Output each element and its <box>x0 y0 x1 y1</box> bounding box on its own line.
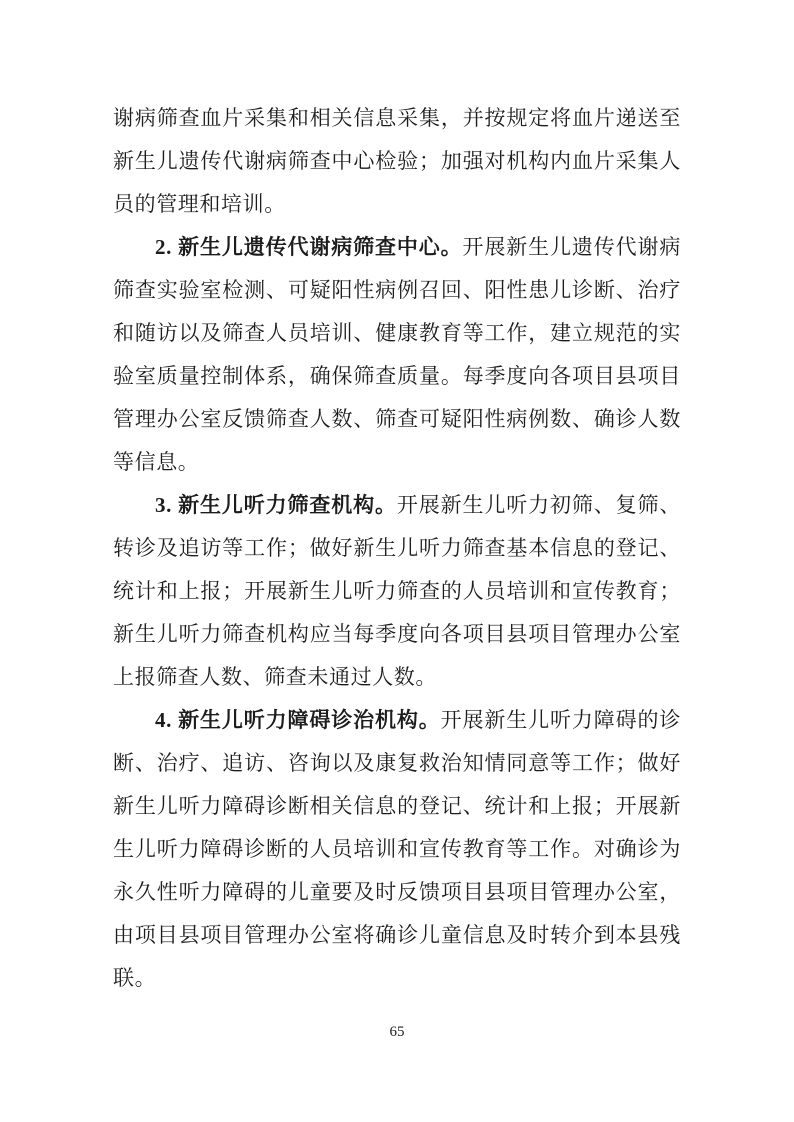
paragraph: 4. 新生儿听力障碍诊治机构。开展新生儿听力障碍的诊断、治疗、追访、咨询以及康复… <box>113 699 681 1000</box>
document-body: 谢病筛查血片采集和相关信息采集，并按规定将血片递送至新生儿遗传代谢病筛查中心检验… <box>113 97 681 1000</box>
paragraph: 3. 新生儿听力筛查机构。开展新生儿听力初筛、复筛、转诊及追访等工作；做好新生儿… <box>113 484 681 699</box>
document-page: 谢病筛查血片采集和相关信息采集，并按规定将血片递送至新生儿遗传代谢病筛查中心检验… <box>0 0 794 1122</box>
page-number-footer: 65 <box>0 1022 794 1042</box>
paragraph: 2. 新生儿遗传代谢病筛查中心。开展新生儿遗传代谢病筛查实验室检测、可疑阳性病例… <box>113 226 681 484</box>
paragraph-heading: 4. 新生儿听力障碍诊治机构。 <box>155 708 441 732</box>
paragraph-heading: 2. 新生儿遗传代谢病筛查中心。 <box>155 235 463 259</box>
paragraph-heading: 3. 新生儿听力筛查机构。 <box>155 493 397 517</box>
paragraph: 谢病筛查血片采集和相关信息采集，并按规定将血片递送至新生儿遗传代谢病筛查中心检验… <box>113 97 681 226</box>
